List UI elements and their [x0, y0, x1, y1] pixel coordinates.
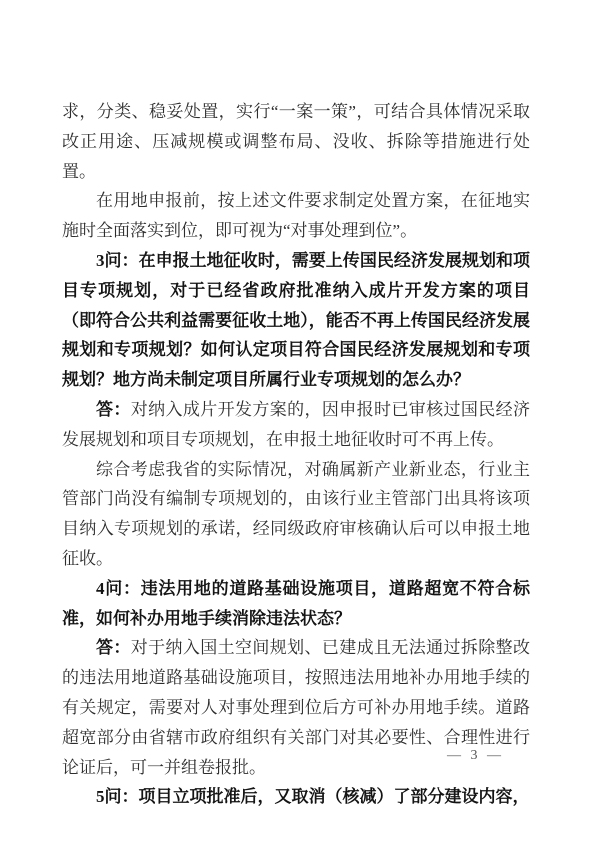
paragraph-label: 答：	[96, 400, 131, 419]
paragraph-text: 在用地申报前，按上述文件要求制定处置方案，在征地实施时全面落实到位，即可视为“对…	[62, 191, 530, 240]
body-paragraph: 综合考虑我省的实际情况，对确属新产业新业态，行业主管部门尚没有编制专项规划的，由…	[62, 455, 530, 574]
paragraph-label: 答：	[96, 638, 131, 657]
question-paragraph: 4问：违法用地的道路基础设施项目，道路超宽不符合标准，如何补办用地手续消除违法状…	[62, 574, 530, 634]
paragraph-text: 在申报土地征收时，需要上传国民经济发展规划和项目专项规划，对于已经省政府批准纳入…	[62, 251, 530, 389]
paragraph-label: 4问：	[96, 579, 141, 598]
paragraph-text: 求，分类、稳妥处置，实行“一案一策”，可结合具体情况采取改正用途、压减规模或调整…	[62, 102, 530, 181]
paragraph-label: 5问：	[96, 787, 139, 806]
paragraph-label: 3问：	[96, 251, 139, 270]
paragraph-text: 对纳入成片开发方案的，因申报时已审核过国民经济发展规划和项目专项规划，在申报土地…	[62, 400, 530, 449]
paragraph-text: 项目立项批准后，又取消（核减）了部分建设内容，	[139, 787, 530, 806]
page-number: — 3 —	[447, 748, 504, 764]
body-paragraph: 求，分类、稳妥处置，实行“一案一策”，可结合具体情况采取改正用途、压减规模或调整…	[62, 97, 530, 186]
question-paragraph: 5问：项目立项批准后，又取消（核减）了部分建设内容，	[62, 782, 530, 812]
body-paragraph: 在用地申报前，按上述文件要求制定处置方案，在征地实施时全面落实到位，即可视为“对…	[62, 186, 530, 246]
paragraph-text: 综合考虑我省的实际情况，对确属新产业新业态，行业主管部门尚没有编制专项规划的，由…	[62, 460, 530, 568]
question-paragraph: 3问：在申报土地征收时，需要上传国民经济发展规划和项目专项规划，对于已经省政府批…	[62, 246, 530, 395]
answer-paragraph: 答：对纳入成片开发方案的，因申报时已审核过国民经济发展规划和项目专项规划，在申报…	[62, 395, 530, 455]
document-text-block: 求，分类、稳妥处置，实行“一案一策”，可结合具体情况采取改正用途、压减规模或调整…	[62, 97, 530, 812]
document-page: 求，分类、稳妥处置，实行“一案一策”，可结合具体情况采取改正用途、压减规模或调整…	[0, 0, 596, 842]
